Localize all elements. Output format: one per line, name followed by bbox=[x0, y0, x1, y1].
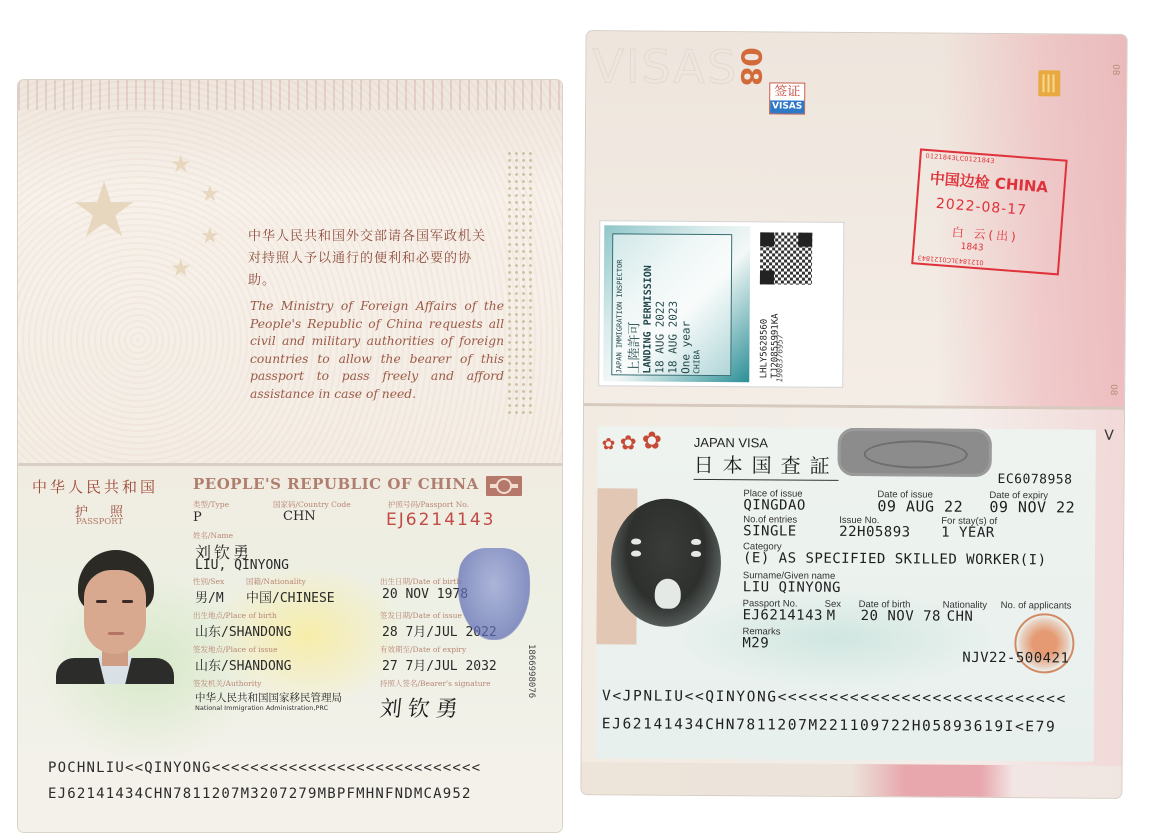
page-bottom-strip bbox=[581, 762, 1121, 798]
type-label: 类型/Type bbox=[193, 499, 229, 510]
page-number: 08 bbox=[734, 47, 767, 86]
doc-word-en: PASSPORT bbox=[76, 517, 123, 527]
type-value: P bbox=[193, 510, 202, 525]
qr-code-icon bbox=[760, 232, 812, 284]
chinese-passport: ★ ★ ★ ★ ★ 中华人民共和国外交部请各国军政机关对持照人予以通行的便利和必… bbox=[18, 80, 562, 832]
request-text-cn: 中华人民共和国外交部请各国军政机关对持照人予以通行的便利和必要的协助。 bbox=[248, 226, 498, 292]
visa-page-09: V ✿ ✿ ✿ JAPAN VISA 日本国査証 EC6078958 Place… bbox=[581, 406, 1124, 798]
hologram bbox=[838, 428, 992, 477]
sakura-icon: ✿ bbox=[642, 429, 662, 453]
country-code-value: CHN bbox=[283, 509, 316, 524]
holder-photo bbox=[56, 548, 174, 684]
sticker-until: 18 AUG 2023 bbox=[666, 238, 680, 374]
visas-watermark: VISAS bbox=[592, 39, 738, 94]
remarks-value: M29 bbox=[742, 636, 769, 650]
biodata-page: 中华人民共和国 PEOPLE'S REPUBLIC OF CHINA 护照 PA… bbox=[18, 466, 562, 832]
visa-mrz-line-1: V<JPNLIU<<QINYONG<<<<<<<<<<<<<<<<<<<<<<<… bbox=[602, 688, 1067, 707]
small-star-icon: ★ bbox=[170, 152, 192, 176]
date-of-issue-value: 09 AUG 22 bbox=[877, 499, 963, 514]
sticker-codes: LHLY5628560 TJ20855991KA bbox=[759, 278, 782, 378]
guilloche-border bbox=[18, 80, 562, 110]
issue-no-value: 22H05893 bbox=[839, 525, 911, 539]
poi-label: 签发地点/Place of issue bbox=[193, 644, 278, 655]
mrz-line-2: EJ62141434CHN7811207M3207279MBPFMHNFNDMC… bbox=[48, 786, 472, 802]
paulownia-emblem-icon bbox=[611, 498, 722, 627]
nationality-value: 中国/CHINESE bbox=[246, 587, 335, 606]
nationality-label: 国籍/Nationality bbox=[246, 576, 306, 587]
visa-nationality-value: CHN bbox=[947, 610, 974, 624]
visa-sex-value: M bbox=[827, 609, 836, 623]
sex-value: 男/M bbox=[195, 587, 224, 606]
sakura-icon: ✿ bbox=[602, 436, 616, 452]
visa-page-08: VISAS 08 签证 VISAS 08 08 JAPAN IMMIGRATIO… bbox=[584, 31, 1127, 408]
category-value: (E) AS SPECIFIED SKILLED WORKER(I) bbox=[743, 551, 1047, 567]
china-exit-stamp: 0121843LC0121843 中国边检 CHINA 2022-08-17 白… bbox=[911, 148, 1067, 275]
authority-label: 签发机关/Authority bbox=[193, 678, 261, 689]
visa-title-jp: 日本国査証 bbox=[694, 449, 839, 481]
pob-label: 出生地点/Place of birth bbox=[193, 610, 277, 621]
observations-page: ★ ★ ★ ★ ★ 中华人民共和国外交部请各国军政机关对持照人予以通行的便利和必… bbox=[18, 80, 562, 464]
side-serial-number: 1866998076 bbox=[526, 644, 536, 698]
entries-value: SINGLE bbox=[743, 524, 797, 538]
visa-number: EC6078958 bbox=[997, 473, 1072, 488]
request-text-en: The Ministry of Foreign Affairs of the P… bbox=[250, 298, 504, 403]
visas-badge: 签证 VISAS bbox=[769, 82, 805, 114]
visa-passport-no-value: EJ6214143 bbox=[743, 608, 823, 623]
signature-label: 持照人签名/Bearer's signature bbox=[380, 678, 491, 689]
edge-page-number: 08 bbox=[1107, 384, 1117, 396]
applicants-label: No. of applicants bbox=[1001, 601, 1072, 610]
landing-permission-sticker: JAPAN IMMIGRATION INSPECTOR 上陸許可 LANDING… bbox=[599, 221, 843, 387]
passport-no-value: EJ6214143 bbox=[386, 510, 495, 530]
visa-mrz-line-2: EJ62141434CHN7811207M221109722H05893619I… bbox=[602, 716, 1057, 735]
passport-no-label: 护照号码/Passport No. bbox=[388, 499, 469, 510]
sakura-icon: ✿ bbox=[620, 432, 637, 452]
poi-value: 山东/SHANDONG bbox=[195, 655, 291, 674]
place-of-issue-value: QINGDAO bbox=[743, 498, 806, 512]
visa-dob-value: 20 NOV 78 bbox=[861, 609, 941, 624]
stamp-code: 1843 bbox=[960, 242, 984, 254]
sticker-date: 18 AUG 2022 bbox=[653, 238, 667, 374]
sticker-title-jp: 上陸許可 bbox=[623, 237, 643, 373]
edge-page-number: 08 bbox=[1110, 64, 1120, 76]
small-star-icon: ★ bbox=[200, 226, 220, 248]
authority-value-cn: 中华人民共和国国家移民管理局 bbox=[195, 690, 342, 705]
sticker-duration: One year bbox=[679, 238, 693, 374]
visa-passport-spread: VISAS 08 签证 VISAS 08 08 JAPAN IMMIGRATIO… bbox=[581, 31, 1126, 798]
header-country-en: PEOPLE'S REPUBLIC OF CHINA bbox=[193, 475, 479, 493]
pob-value: 山东/SHANDONG bbox=[195, 621, 291, 640]
dob-value: 20 NOV 1978 bbox=[382, 587, 468, 602]
dob-label: 出生日期/Date of birth bbox=[380, 576, 461, 587]
date-of-expiry-value: 09 NOV 22 bbox=[989, 500, 1075, 515]
bearer-signature: 刘钦勇 bbox=[378, 692, 465, 723]
large-star-icon: ★ bbox=[70, 172, 138, 248]
name-value: LIU QINYONG bbox=[743, 580, 841, 595]
sex-label: 性别/Sex bbox=[193, 576, 224, 587]
stamp-title: 中国边检 CHINA bbox=[929, 167, 1049, 197]
header-country-cn: 中华人民共和国 bbox=[32, 476, 158, 497]
biometric-chip-icon bbox=[486, 476, 522, 496]
doe-label: 有效期至/Date of expiry bbox=[380, 644, 466, 655]
stamp-date: 2022-08-17 bbox=[935, 196, 1027, 219]
name-value-en: LIU, QINYONG bbox=[195, 558, 289, 573]
japan-visa-sticker: ✿ ✿ ✿ JAPAN VISA 日本国査証 EC6078958 Place o… bbox=[596, 426, 1096, 761]
mrz-line-1: POCHNLIU<<QINYONG<<<<<<<<<<<<<<<<<<<<<<<… bbox=[48, 760, 481, 776]
perforated-number bbox=[506, 150, 534, 418]
sticker-status-code: CHIBA bbox=[692, 238, 702, 374]
small-star-icon: ★ bbox=[170, 256, 192, 280]
doi-label: 签发日期/Date of issue bbox=[380, 610, 462, 621]
doe-value: 27 7月/JUL 2032 bbox=[382, 655, 497, 674]
ghost-image bbox=[458, 548, 530, 640]
stay-value: 1 YEAR bbox=[941, 526, 995, 540]
gold-security-mark-icon bbox=[1038, 70, 1060, 96]
authority-value-en: National Immigration Administration,PRC bbox=[195, 704, 328, 712]
small-star-icon: ★ bbox=[200, 184, 220, 206]
edge-mark: V bbox=[1104, 428, 1114, 444]
visa-reference: NJV22-500421 bbox=[962, 651, 1069, 666]
